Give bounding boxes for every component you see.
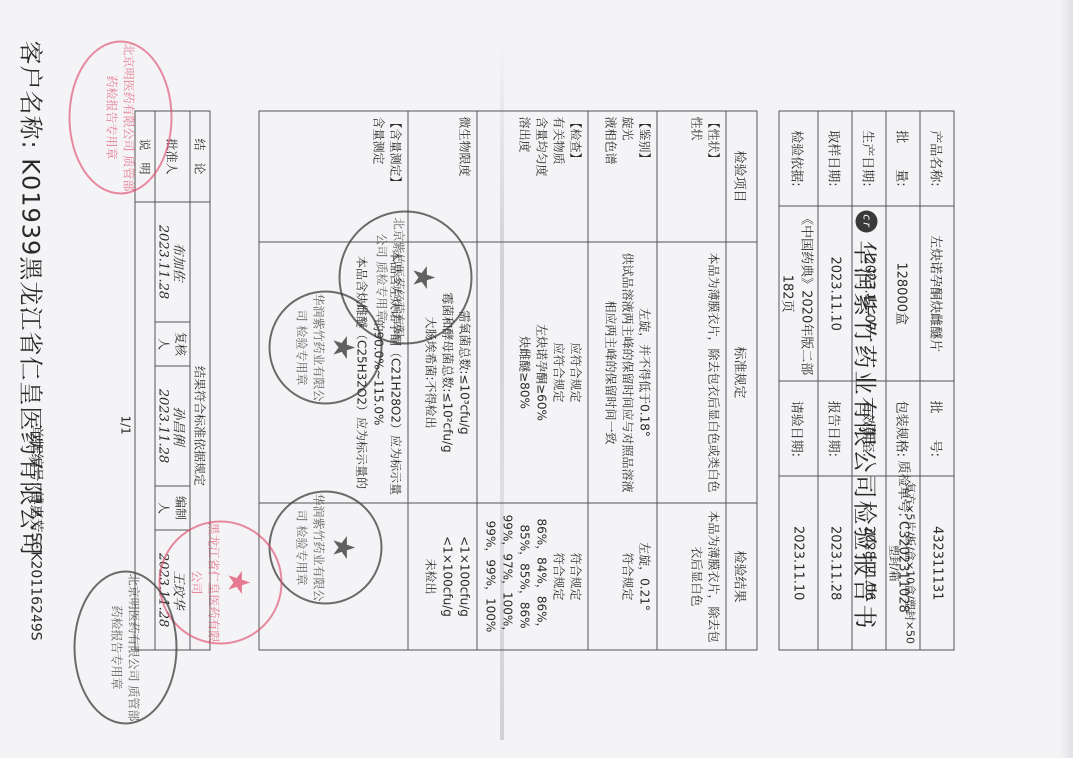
star-icon: ★ — [328, 334, 358, 361]
document-number-value: 傅惠芳SCK20116249S — [28, 491, 44, 641]
inspection-report-page: 客户名称: K01939黑龙江省仁皇医药有限公司 单据编号: 傅惠芳SCK201… — [0, 1, 1073, 758]
batch-no-label: 批 号: — [920, 381, 954, 476]
stamp-cr-inspection-2: ★ 华润紫竹药业有限公司 检验专用章 — [269, 491, 383, 605]
reviewer-label: 复核人 — [155, 322, 190, 366]
mfg-date: 2023.11.07 — [852, 206, 886, 381]
test-result: 本品为薄膜衣片，除去包衣后显白色 — [657, 503, 726, 650]
test-item: 【性状】 性状 — [657, 111, 726, 242]
test-standard: 本品为薄膜衣片，除去包衣后显白色或类白色 — [657, 242, 726, 503]
basis-label: 检验依据: — [779, 111, 818, 206]
star-icon: ★ — [328, 534, 358, 561]
header-item: 检验项目 — [726, 111, 757, 242]
header-result: 检验结果 — [726, 503, 757, 650]
stamp-beijing-quality-red: 北京明医药有限公司 质管部 药检报告专用章 — [69, 41, 173, 195]
document-number-label: 单据编号: — [28, 426, 44, 487]
stamp-text: 北京明医药有限公司 质管部 药检报告专用章 — [109, 573, 143, 723]
sample-date: 2023.11.10 — [818, 206, 852, 381]
request-date: 2023.11.10 — [779, 476, 818, 650]
package-label: 包装规格: — [886, 381, 920, 476]
package-spec: 复方×5片/板/盒×10盒/塑封×50塑封/箱 — [886, 476, 920, 650]
stamp-text: 北京紫竹医药经营有限公司 质检专用章 — [374, 213, 408, 343]
test-row: 【性状】 性状本品为薄膜衣片，除去包衣后显白色或类白色本品为薄膜衣片，除去包衣后… — [657, 111, 726, 650]
report-date: 2023.11.28 — [818, 476, 852, 650]
test-item: 【鉴别】 旋光 液相色谱 — [588, 111, 657, 242]
test-item: 【检查】 有关物质 含量均匀度 溶出度 — [477, 111, 588, 242]
request-date-label: 请验日期: — [779, 381, 818, 476]
star-icon: ★ — [408, 264, 438, 291]
product-name-label: 产品名称: — [920, 111, 954, 206]
test-result: 符合规定 符合规定 86%，84%，86%，85%，85%，86% 99%，97… — [477, 503, 588, 650]
test-header-row: 检验项目 标准规定 检验结果 — [726, 111, 757, 650]
reviewer-signature: 孙昌俐2023.11.28 — [155, 366, 190, 486]
test-result: 左旋，0.21° 符合规定 — [588, 503, 657, 650]
star-icon: ★ — [223, 569, 253, 596]
conclusion-label: 结 论 — [190, 111, 210, 202]
mfg-date-label: 生产日期: — [852, 111, 886, 206]
stamp-heilongjiang-red: ★ 黑龙江省仁皇医药有限公司 — [159, 521, 283, 645]
expiry-date: 2028.11.06 — [852, 476, 886, 650]
stamp-text: 黑龙江省仁皇医药有限公司 — [189, 523, 223, 643]
batch-qty: 128000盒 — [886, 206, 920, 381]
test-row: 【检查】 有关物质 含量均匀度 溶出度应符合规定 应符合规定 左炔诺孕酮≥60%… — [477, 111, 588, 650]
sample-date-label: 取样日期: — [818, 111, 852, 206]
customer-label: 客户名称: — [17, 41, 45, 150]
batch-no: 432311131 — [920, 476, 954, 650]
test-result: <1×100cfu/g <1×100cfu/g 未检出 — [408, 503, 477, 650]
test-standard: 应符合规定 应符合规定 左炔诺孕酮≥60% 炔雌醚≥80% — [477, 242, 588, 503]
expiry-label: 有效期至: — [852, 381, 886, 476]
stamp-text: 华润紫竹药业有限公司 检验专用章 — [294, 493, 328, 603]
report-date-label: 报告日期: — [818, 381, 852, 476]
approver-signature: 布加佐2023.11.28 — [155, 202, 190, 322]
stamp-text: 华润紫竹药业有限公司 检验专用章 — [294, 293, 328, 403]
test-row: 微生物限度需氧菌总数:≤10³cfu/g 霉菌和酵母菌总数:≤10²cfu/g … — [408, 111, 477, 650]
page-number: 1/1 — [119, 416, 133, 435]
stamp-text: 北京明医药有限公司 质管部 药检报告专用章 — [104, 43, 138, 193]
batch-qty-label: 批 量: — [886, 111, 920, 206]
header-standard: 标准规定 — [726, 242, 757, 503]
test-standard: 左旋，并不得低于0.18° 供试品溶液两主峰的保留时间应与对照品溶液相应两主峰的… — [588, 242, 657, 503]
preparer-label: 编制人 — [155, 486, 190, 530]
inspection-basis: 《中国药典》2020年版二部182页 — [779, 206, 818, 381]
product-name: 左炔诺孕酮炔雌醚片 — [920, 206, 954, 381]
product-info-table: 产品名称: 左炔诺孕酮炔雌醚片 批 号: 432311131 批 量: 1280… — [779, 111, 955, 651]
stamp-beijing-quality-grey: 北京明医药有限公司 质管部 药检报告专用章 — [74, 571, 178, 725]
stamp-cr-inspection-1: ★ 华润紫竹药业有限公司 检验专用章 — [269, 291, 383, 405]
test-row: 【鉴别】 旋光 液相色谱左旋，并不得低于0.18° 供试品溶液两主峰的保留时间应… — [588, 111, 657, 650]
document-number: 单据编号: 傅惠芳SCK20116249S — [27, 426, 47, 641]
